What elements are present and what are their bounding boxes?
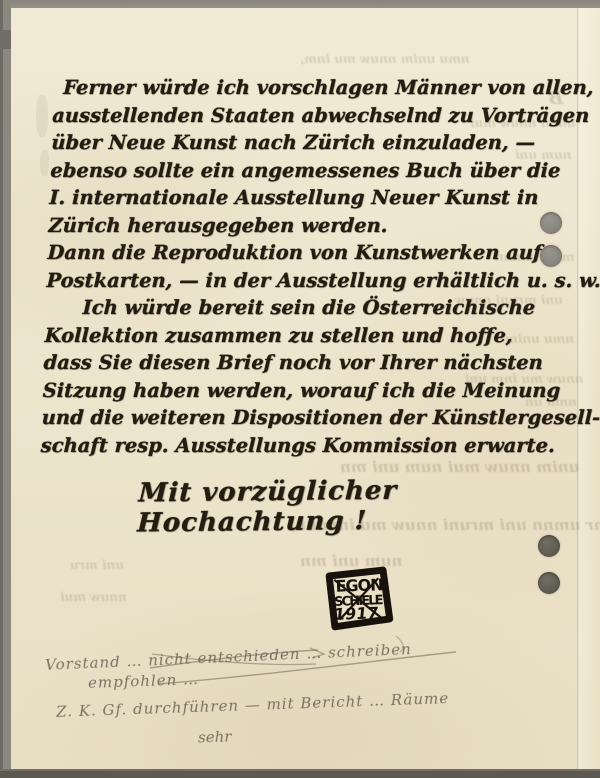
scanner-background-left bbox=[0, 0, 11, 778]
pencil-annotation: sehr bbox=[198, 727, 232, 746]
pencil-annotation: empfohlen … bbox=[88, 670, 200, 692]
artist-stamp: EGON SCHIELE 1917 bbox=[320, 566, 396, 635]
letter-line: Kollektion zusammen zu stellen und hoffe… bbox=[44, 322, 537, 350]
bleedthrough-text: nnuw mui bbox=[60, 590, 127, 604]
punch-hole bbox=[540, 245, 562, 267]
bleedthrough-text: uni mru bbox=[70, 558, 124, 572]
letter-line: Zürich herausgegeben werden. bbox=[48, 212, 541, 240]
scanned-letter-page: nmu unim nnuw mu inm, B unim nnuw mui nu… bbox=[0, 0, 600, 778]
punch-hole bbox=[538, 572, 560, 594]
letter-line: ausstellenden Staaten abwechselnd zu Vor… bbox=[52, 102, 545, 130]
scanner-edge-mark bbox=[0, 30, 11, 49]
letter-line: dass Sie diesen Brief noch vor Ihrer näc… bbox=[43, 349, 536, 377]
punch-hole bbox=[538, 535, 560, 557]
letter-line: I. internationale Ausstellung Neuer Kuns… bbox=[49, 184, 542, 212]
letter-line: schaft resp. Ausstellungs Kommission erw… bbox=[40, 432, 533, 460]
letter-line: ebenso sollte ein angemessenes Buch über… bbox=[50, 157, 543, 185]
letter-line: Ferner würde ich vorschlagen Männer von … bbox=[53, 74, 546, 102]
closing-salutation: Mit vorzüglicher Hochachtung ! bbox=[137, 474, 600, 539]
margin-smudge bbox=[40, 150, 49, 176]
letter-line: Dann die Reproduktion von Kunstwerken au… bbox=[47, 239, 540, 267]
scanner-background-top bbox=[0, 0, 600, 8]
stamp-text: 1917 bbox=[333, 603, 379, 624]
punch-hole bbox=[540, 212, 562, 234]
margin-smudge bbox=[36, 95, 48, 137]
scanner-background-bottom bbox=[0, 769, 600, 778]
letter-line: Sitzung haben werden, worauf ich die Mei… bbox=[42, 377, 535, 405]
letter-body: Ferner würde ich vorschlagen Männer von … bbox=[40, 74, 545, 459]
letter-line: Ich würde bereit sein die Österreichisch… bbox=[45, 294, 538, 322]
letter-line: über Neue Kunst nach Zürich einzuladen, … bbox=[51, 129, 544, 157]
letter-line: Postkarten, — in der Ausstellung erhältl… bbox=[46, 267, 539, 295]
letter-line: und die weiteren Dispositionen der Künst… bbox=[41, 404, 534, 432]
bleedthrough-text: nmu unim nnuw mu inm, bbox=[300, 52, 470, 66]
